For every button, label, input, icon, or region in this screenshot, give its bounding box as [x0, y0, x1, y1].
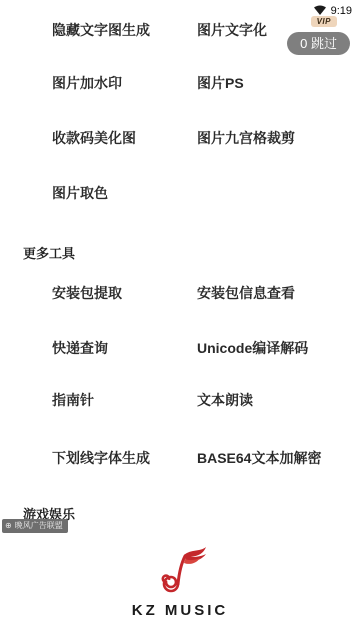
tool-row: 快递查询 Unicode编译解码 — [0, 338, 360, 356]
section-header-more-tools: 更多工具 — [23, 243, 75, 262]
tool-item-unicode-codec[interactable]: Unicode编译解码 — [197, 338, 308, 358]
ad-network-icon: ⊕ — [5, 522, 12, 530]
tool-item-hidden-text-image[interactable]: 隐藏文字图生成 — [52, 20, 150, 40]
tool-row: 图片加水印 图片PS — [0, 73, 360, 91]
tool-item-payment-code-beautify[interactable]: 收款码美化图 — [52, 128, 136, 148]
tool-item-image-to-text[interactable]: 图片文字化 — [197, 20, 267, 40]
tool-item-compass[interactable]: 指南针 — [52, 390, 94, 410]
tool-row: 指南针 文本朗读 — [0, 390, 360, 408]
ad-network-badge[interactable]: ⊕ 晚风广告联盟 — [2, 519, 68, 533]
tool-item-base64-codec[interactable]: BASE64文本加解密 — [197, 448, 321, 468]
tool-item-nine-grid-crop[interactable]: 图片九宫格裁剪 — [197, 128, 295, 148]
kz-music-note-logo — [0, 546, 360, 603]
tool-item-apk-info[interactable]: 安装包信息查看 — [197, 283, 295, 303]
brand-text: KZ MUSIC — [0, 602, 360, 619]
tool-item-underline-font[interactable]: 下划线字体生成 — [52, 448, 150, 468]
tool-row: 安装包提取 安装包信息查看 — [0, 283, 360, 301]
ad-network-label: 晚风广告联盟 — [15, 521, 63, 531]
tool-row: 隐藏文字图生成 图片文字化 — [0, 20, 360, 38]
tool-item-text-to-speech[interactable]: 文本朗读 — [197, 390, 253, 410]
tool-item-image-ps[interactable]: 图片PS — [197, 73, 244, 93]
tool-item-apk-extract[interactable]: 安装包提取 — [52, 283, 122, 303]
tool-item-image-color-picker[interactable]: 图片取色 — [52, 183, 108, 203]
tool-row: 下划线字体生成 BASE64文本加解密 — [0, 448, 360, 466]
tool-item-express-query[interactable]: 快递查询 — [52, 338, 108, 358]
tool-row: 图片取色 — [0, 183, 360, 201]
tool-row: 收款码美化图 图片九宫格裁剪 — [0, 128, 360, 146]
tool-item-image-watermark[interactable]: 图片加水印 — [52, 73, 122, 93]
